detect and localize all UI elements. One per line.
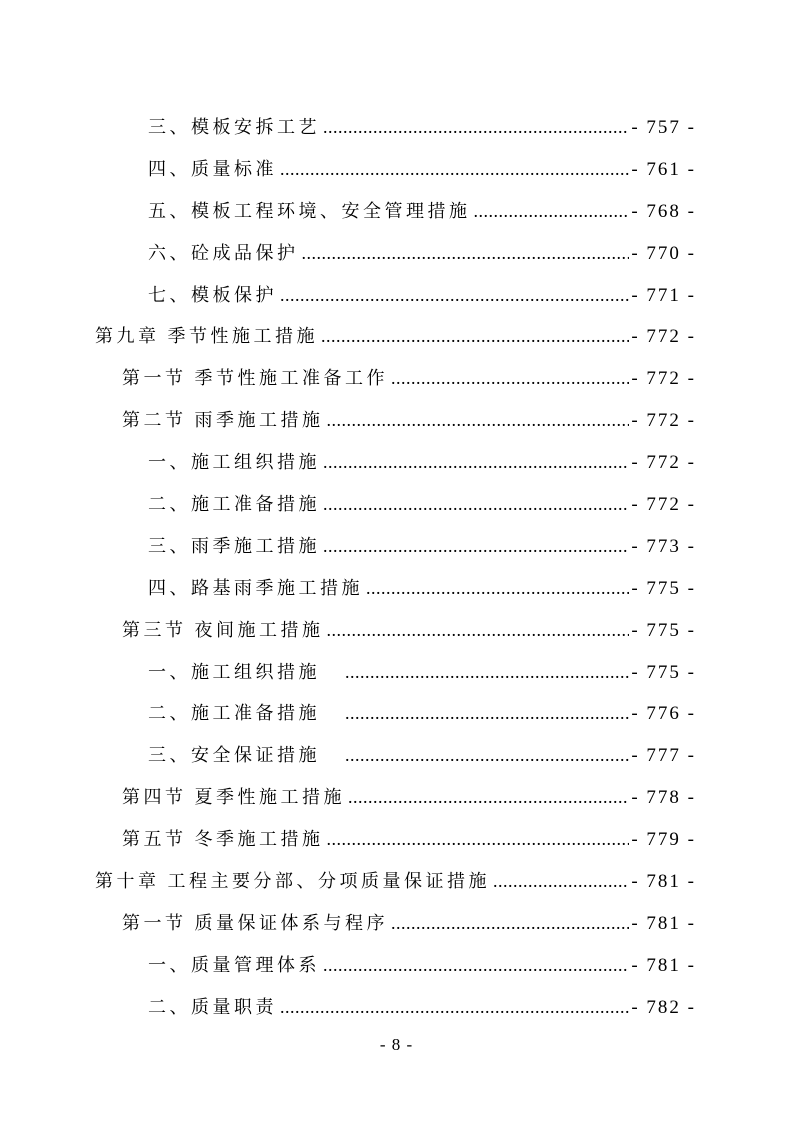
- toc-leader-dots: [366, 568, 629, 610]
- toc-entry[interactable]: 一、施工组织措施 - 775 -: [95, 652, 696, 694]
- toc-entry-page-number: - 781 -: [631, 903, 696, 945]
- toc-entry-title: 第五节 冬季施工措施: [95, 819, 324, 861]
- document-page: 三、模板安拆工艺 - 757 - 四、质量标准 - 761 - 五、模板工程环境…: [0, 0, 793, 1122]
- footer-page-number: - 8 -: [380, 1035, 413, 1054]
- toc-entry-title: 二、施工准备措施: [95, 484, 320, 526]
- toc-leader-dots: [280, 987, 629, 1029]
- toc-entry-title: 四、路基雨季施工措施: [95, 568, 363, 610]
- toc-leader-dots: [327, 400, 630, 442]
- toc-entry-title: 二、施工准备措施: [95, 693, 320, 735]
- toc-leader-dots: [323, 945, 629, 987]
- toc-entry-page-number: - 781 -: [631, 861, 696, 903]
- toc-entry-page-number: - 757 -: [631, 107, 696, 149]
- toc-leader-dots: [345, 652, 629, 694]
- toc-entry-page-number: - 772 -: [631, 316, 696, 358]
- toc-entry[interactable]: 三、模板安拆工艺 - 757 -: [95, 107, 696, 149]
- toc-entry-title: 三、模板安拆工艺: [95, 107, 320, 149]
- toc-entry-title: 一、施工组织措施: [95, 442, 320, 484]
- toc-entry[interactable]: 六、砼成品保护 - 770 -: [95, 233, 696, 275]
- toc-entry-title: 第二节 雨季施工措施: [95, 400, 324, 442]
- toc-entry-title: 第一节 季节性施工准备工作: [95, 358, 388, 400]
- toc-leader-dots: [345, 735, 629, 777]
- toc-entry[interactable]: 第九章 季节性施工措施 - 772 -: [95, 316, 696, 358]
- toc-entry[interactable]: 二、施工准备措施 - 772 -: [95, 484, 696, 526]
- toc-entry[interactable]: 第一节 季节性施工准备工作 - 772 -: [95, 358, 696, 400]
- toc-leader-dots: [474, 191, 630, 233]
- toc-leader-dots: [348, 777, 629, 819]
- toc-entry[interactable]: 三、安全保证措施 - 777 -: [95, 735, 696, 777]
- toc-entry[interactable]: 四、路基雨季施工措施 - 775 -: [95, 568, 696, 610]
- toc-entry[interactable]: 第一节 质量保证体系与程序 - 781 -: [95, 903, 696, 945]
- toc-leader-dots: [345, 693, 629, 735]
- toc-entry[interactable]: 第三节 夜间施工措施 - 775 -: [95, 610, 696, 652]
- page-footer: - 8 -: [0, 1036, 793, 1053]
- toc-entry-title: 二、质量职责: [95, 987, 277, 1029]
- toc-entry-title: 第十章 工程主要分部、分项质量保证措施: [95, 861, 490, 903]
- toc-entry-title: 第一节 质量保证体系与程序: [95, 903, 388, 945]
- toc-entry-page-number: - 772 -: [631, 400, 696, 442]
- toc-entry-page-number: - 782 -: [631, 987, 696, 1029]
- toc-leader-dots: [391, 903, 629, 945]
- table-of-contents: 三、模板安拆工艺 - 757 - 四、质量标准 - 761 - 五、模板工程环境…: [95, 107, 696, 1029]
- toc-entry-title: 一、质量管理体系: [95, 945, 320, 987]
- toc-entry-page-number: - 776 -: [631, 693, 696, 735]
- toc-entry[interactable]: 三、雨季施工措施 - 773 -: [95, 526, 696, 568]
- toc-leader-dots: [391, 358, 629, 400]
- toc-entry[interactable]: 第五节 冬季施工措施 - 779 -: [95, 819, 696, 861]
- toc-entry-title: 第三节 夜间施工措施: [95, 610, 324, 652]
- toc-entry[interactable]: 四、质量标准 - 761 -: [95, 149, 696, 191]
- toc-entry[interactable]: 二、施工准备措施 - 776 -: [95, 693, 696, 735]
- toc-entry-page-number: - 779 -: [631, 819, 696, 861]
- toc-leader-dots: [493, 861, 629, 903]
- toc-entry-title: 三、雨季施工措施: [95, 526, 320, 568]
- toc-entry-page-number: - 773 -: [631, 526, 696, 568]
- toc-entry-title: 七、模板保护: [95, 275, 277, 317]
- toc-entry[interactable]: 第四节 夏季性施工措施 - 778 -: [95, 777, 696, 819]
- toc-leader-dots: [302, 233, 630, 275]
- toc-entry[interactable]: 第二节 雨季施工措施 - 772 -: [95, 400, 696, 442]
- toc-entry-page-number: - 772 -: [631, 442, 696, 484]
- toc-entry-title: 第四节 夏季性施工措施: [95, 777, 345, 819]
- toc-leader-dots: [321, 316, 629, 358]
- toc-entry-page-number: - 771 -: [631, 275, 696, 317]
- toc-entry-page-number: - 768 -: [631, 191, 696, 233]
- toc-leader-dots: [327, 610, 630, 652]
- toc-entry-title: 六、砼成品保护: [95, 233, 299, 275]
- toc-entry-page-number: - 781 -: [631, 945, 696, 987]
- toc-entry[interactable]: 一、质量管理体系 - 781 -: [95, 945, 696, 987]
- toc-leader-dots: [327, 819, 630, 861]
- toc-leader-dots: [280, 149, 629, 191]
- toc-entry-page-number: - 775 -: [631, 610, 696, 652]
- toc-entry-page-number: - 777 -: [631, 735, 696, 777]
- toc-leader-dots: [280, 275, 629, 317]
- toc-entry-page-number: - 770 -: [631, 233, 696, 275]
- toc-entry-title: 第九章 季节性施工措施: [95, 316, 318, 358]
- toc-entry-page-number: - 772 -: [631, 484, 696, 526]
- toc-leader-dots: [323, 484, 629, 526]
- toc-entry-page-number: - 778 -: [631, 777, 696, 819]
- toc-entry[interactable]: 第十章 工程主要分部、分项质量保证措施 - 781 -: [95, 861, 696, 903]
- toc-entry[interactable]: 七、模板保护 - 771 -: [95, 275, 696, 317]
- toc-entry-page-number: - 772 -: [631, 358, 696, 400]
- toc-entry-title: 一、施工组织措施: [95, 652, 320, 694]
- toc-entry-title: 三、安全保证措施: [95, 735, 320, 777]
- toc-entry-title: 四、质量标准: [95, 149, 277, 191]
- toc-leader-dots: [323, 107, 629, 149]
- toc-entry-title: 五、模板工程环境、安全管理措施: [95, 191, 471, 233]
- toc-entry[interactable]: 二、质量职责 - 782 -: [95, 987, 696, 1029]
- toc-entry[interactable]: 一、施工组织措施 - 772 -: [95, 442, 696, 484]
- toc-entry-page-number: - 775 -: [631, 568, 696, 610]
- toc-entry-page-number: - 775 -: [631, 652, 696, 694]
- toc-entry-page-number: - 761 -: [631, 149, 696, 191]
- toc-entry[interactable]: 五、模板工程环境、安全管理措施 - 768 -: [95, 191, 696, 233]
- toc-leader-dots: [323, 526, 629, 568]
- toc-leader-dots: [323, 442, 629, 484]
